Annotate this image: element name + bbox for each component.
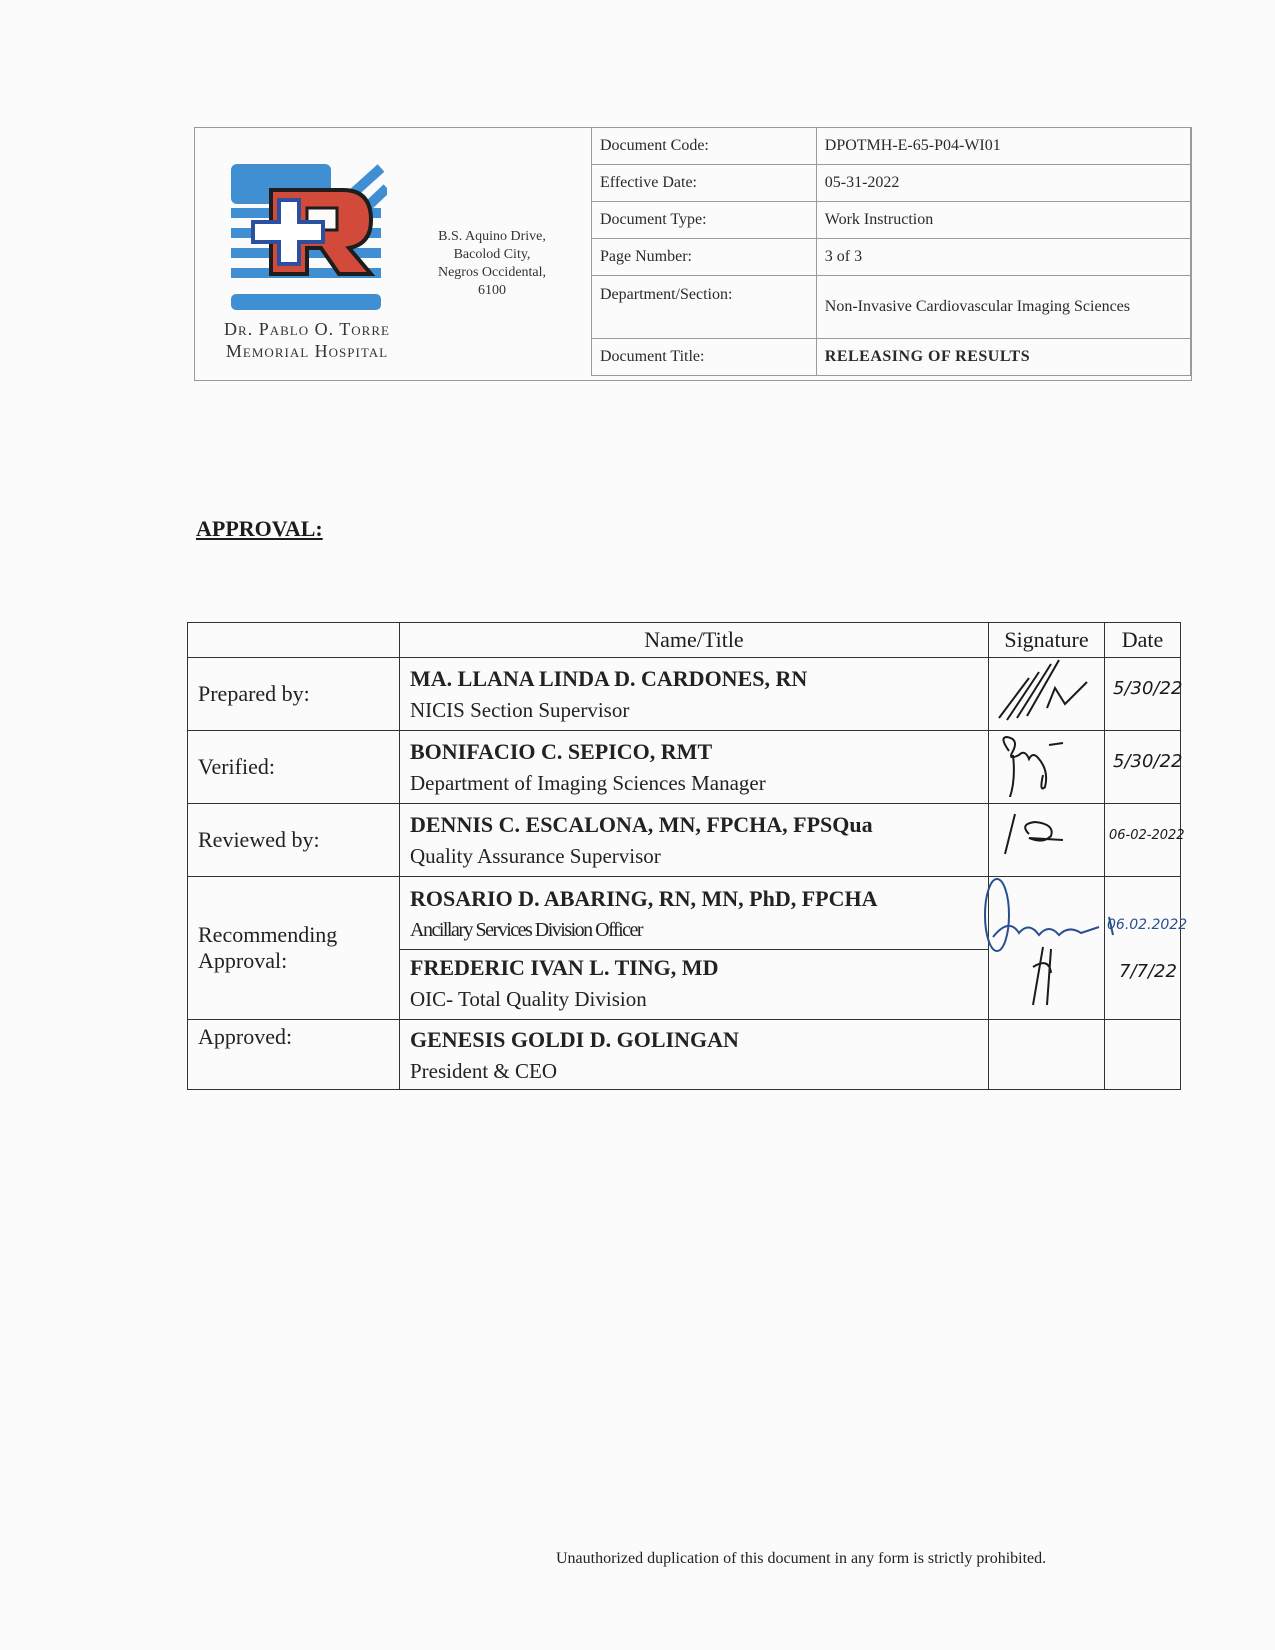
- hospital-address: B.S. Aquino Drive, Bacolod City, Negros …: [427, 228, 557, 300]
- signature-mark-icon: [989, 877, 1104, 1013]
- table-row: Reviewed by: DENNIS C. ESCALONA, MN, FPC…: [188, 804, 1181, 877]
- signature-cell: [989, 1020, 1105, 1090]
- hospital-logo-icon: [231, 164, 387, 318]
- hospital-name: Dr. Pablo O. Torre Memorial Hospital: [201, 318, 413, 362]
- document-header: Dr. Pablo O. Torre Memorial Hospital B.S…: [194, 127, 1192, 381]
- approval-heading: APPROVAL:: [196, 516, 323, 542]
- signature-cell: [989, 731, 1105, 804]
- signature-mark-icon: [989, 731, 1104, 797]
- approval-table: Name/Title Signature Date Prepared by: M…: [187, 622, 1181, 1090]
- signature-mark-icon: [989, 658, 1104, 724]
- meta-row-department: Department/Section:Non-Invasive Cardiova…: [592, 276, 1191, 339]
- approval-header-row: Name/Title Signature Date: [188, 623, 1181, 658]
- meta-row-title: Document Title:RELEASING OF RESULTS: [592, 339, 1191, 376]
- footer-notice: Unauthorized duplication of this documen…: [556, 1550, 1046, 1568]
- document-meta-table: Document Code:DPOTMH-E-65-P04-WI01 Effec…: [591, 127, 1191, 376]
- meta-row-code: Document Code:DPOTMH-E-65-P04-WI01: [592, 128, 1191, 165]
- signature-cell: [989, 658, 1105, 731]
- meta-row-page: Page Number:3 of 3: [592, 239, 1191, 276]
- date-cell: [1105, 1020, 1181, 1090]
- table-row: Recommending Approval: ROSARIO D. ABARIN…: [188, 877, 1181, 1020]
- meta-row-effective-date: Effective Date:05-31-2022: [592, 165, 1191, 202]
- signature-cell: [989, 804, 1105, 877]
- signature-cell: [989, 877, 1105, 1020]
- table-row: Verified: BONIFACIO C. SEPICO, RMTDepart…: [188, 731, 1181, 804]
- table-row: Prepared by: MA. LLANA LINDA D. CARDONES…: [188, 658, 1181, 731]
- table-row: Approved: GENESIS GOLDI D. GOLINGANPresi…: [188, 1020, 1181, 1090]
- meta-row-type: Document Type:Work Instruction: [592, 202, 1191, 239]
- signature-mark-icon: [989, 804, 1104, 870]
